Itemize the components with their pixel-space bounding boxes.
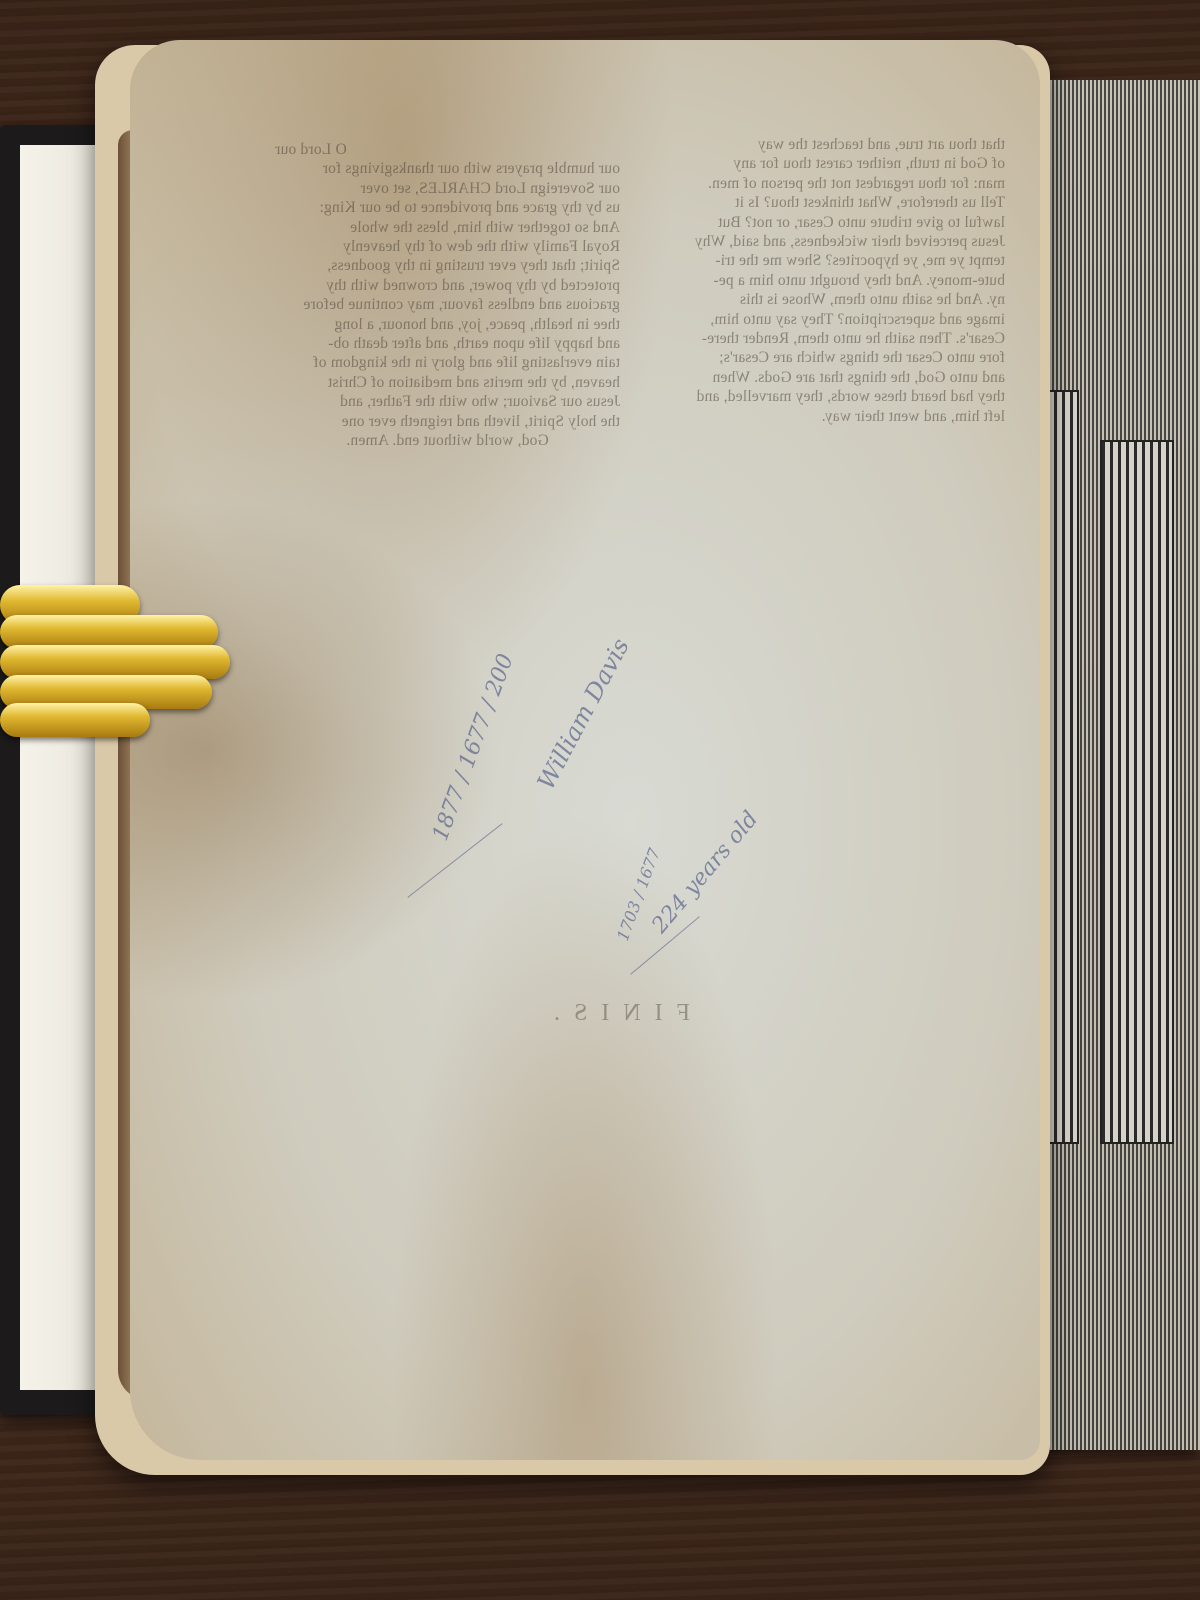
show-through-right-column: that thou art true, and teachest the way… bbox=[635, 135, 1005, 426]
gold-hand-page-clip bbox=[0, 575, 235, 745]
text-line: man: for thou regardest not the person o… bbox=[635, 174, 1005, 193]
text-line: lawful to give tribute unto Cesar, or no… bbox=[635, 213, 1005, 232]
text-line: left him, and went their way. bbox=[635, 407, 1005, 426]
text-line: And so together with him, bless the whol… bbox=[275, 218, 620, 237]
text-line: fore unto Cesar the things which are Ces… bbox=[635, 348, 1005, 367]
text-line: ny. And he saith unto them, Whose is thi… bbox=[635, 290, 1005, 309]
text-line: our humble prayers with our thanksgiving… bbox=[275, 159, 620, 178]
text-line: that thou art true, and teachest the way bbox=[635, 135, 1005, 154]
text-line: bute-money. And they brought unto him a … bbox=[635, 271, 1005, 290]
finis-show-through: FINIS. bbox=[540, 1000, 690, 1027]
text-line: Jesus perceived their wickedness, and sa… bbox=[635, 232, 1005, 251]
text-line: our Sovereign Lord CHARLES, set over bbox=[275, 179, 620, 198]
text-line: and unto God, the things that are Gods. … bbox=[635, 368, 1005, 387]
show-through-left-column: O Lord our our humble prayers with our t… bbox=[275, 140, 620, 451]
text-line: tain everlasting life and glory in the k… bbox=[275, 353, 620, 372]
text-line: thee in health, peace, joy, and honour, … bbox=[275, 315, 620, 334]
clip-finger bbox=[0, 615, 218, 649]
text-line: the holy Spirit, liveth and reigneth eve… bbox=[275, 412, 620, 431]
text-line: Royal Family with the dew of thy heavenl… bbox=[275, 237, 620, 256]
text-line: of God in truth, neither carest thou for… bbox=[635, 154, 1005, 173]
clip-finger bbox=[0, 703, 150, 737]
text-line: image and superscription? They say unto … bbox=[635, 310, 1005, 329]
text-line: Tell us therefore, What thinkest thou? I… bbox=[635, 193, 1005, 212]
text-line: heaven, by the merits and mediation of C… bbox=[275, 373, 620, 392]
text-line: Spirit; that they ever trusting in thy g… bbox=[275, 256, 620, 275]
text-line: tempt ye me, ye hypocrites? Shew me the … bbox=[635, 251, 1005, 270]
text-line: us by thy grace and providence to be our… bbox=[275, 198, 620, 217]
text-line: God, world without end. Amen. bbox=[275, 431, 620, 450]
engraved-column-right bbox=[1100, 440, 1174, 1144]
text-line: and happy life upon earth, and after dea… bbox=[275, 334, 620, 353]
clip-finger bbox=[0, 645, 230, 679]
text-line: O Lord our bbox=[275, 140, 620, 159]
text-line: gracious and endless favour, may continu… bbox=[275, 295, 620, 314]
text-line: they had heard these words, they marvell… bbox=[635, 387, 1005, 406]
text-line: protected by thy power, and crowned with… bbox=[275, 276, 620, 295]
text-line: Cesar's. Then saith he unto them, Render… bbox=[635, 329, 1005, 348]
text-line: Jesus our Saviour; who with the Father, … bbox=[275, 392, 620, 411]
